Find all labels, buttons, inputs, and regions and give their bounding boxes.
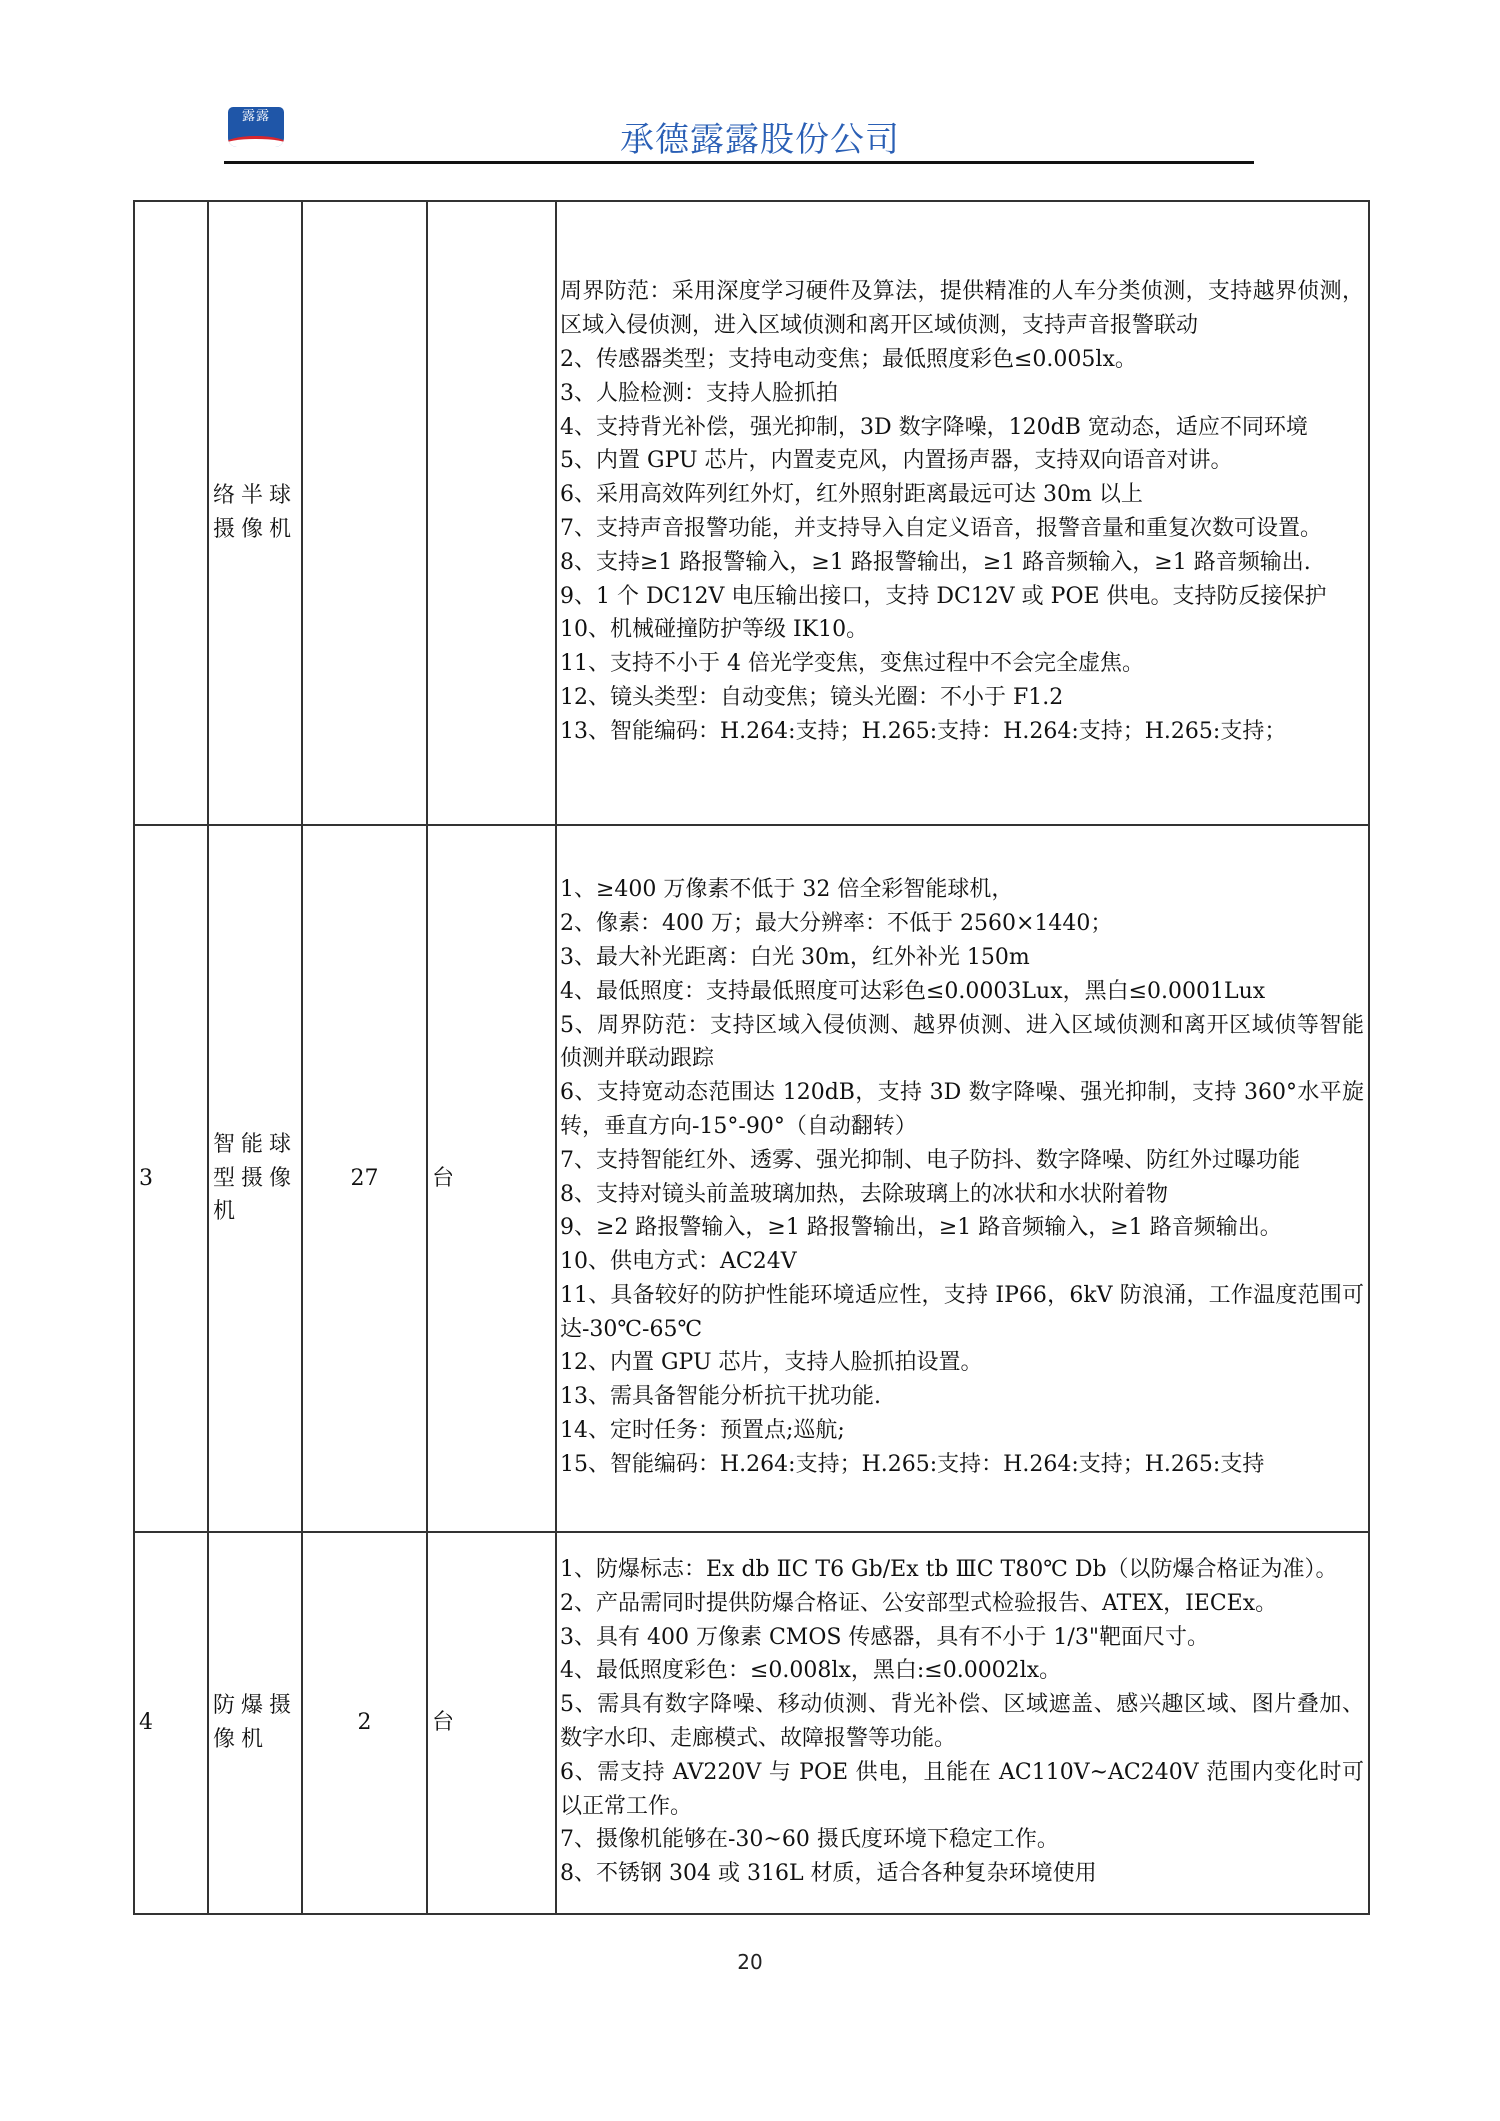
desc-line: 8、支持对镜头前盖玻璃加热，去除玻璃上的冰状和水状附着物 <box>560 1178 1364 1212</box>
desc-line: 1、≥400 万像素不低于 32 倍全彩智能球机， <box>560 873 1364 907</box>
desc-line: 14、定时任务：预置点;巡航; <box>560 1414 1364 1448</box>
desc-line: 7、摄像机能够在-30~60 摄氏度环境下稳定工作。 <box>560 1823 1364 1857</box>
desc-line: 11、具备较好的防护性能环境适应性，支持 IP66，6kV 防浪涌，工作温度范围… <box>560 1279 1364 1347</box>
desc-line: 11、支持不小于 4 倍光学变焦，变焦过程中不会完全虚焦。 <box>560 647 1364 681</box>
desc-line: 7、支持智能红外、透雾、强光抑制、电子防抖、数字降噪、防红外过曝功能 <box>560 1144 1364 1178</box>
desc-line: 9、≥2 路报警输入，≥1 路报警输出，≥1 路音频输入，≥1 路音频输出。 <box>560 1211 1364 1245</box>
company-title: 承德露露股份公司 <box>0 112 1500 161</box>
desc-line: 3、人脸检测：支持人脸抓拍 <box>560 377 1364 411</box>
desc-line: 5、内置 GPU 芯片，内置麦克风，内置扬声器，支持双向语音对讲。 <box>560 444 1364 478</box>
cell-unit <box>427 201 556 825</box>
desc-line: 8、支持≥1 路报警输入，≥1 路报警输出，≥1 路音频输入，≥1 路音频输出. <box>560 546 1364 580</box>
desc-line: 10、供电方式：AC24V <box>560 1245 1364 1279</box>
cell-unit: 台 <box>427 1532 556 1914</box>
desc-line: 13、需具备智能分析抗干扰功能. <box>560 1380 1364 1414</box>
desc-line: 1、防爆标志：Ex db ⅡC T6 Gb/Ex tb ⅢC T80℃ Db（以… <box>560 1553 1364 1587</box>
header-divider <box>224 161 1254 164</box>
cell-desc: 1、防爆标志：Ex db ⅡC T6 Gb/Ex tb ⅢC T80℃ Db（以… <box>556 1532 1369 1914</box>
desc-line: 6、支持宽动态范围达 120dB，支持 3D 数字降噪、强光抑制，支持 360°… <box>560 1076 1364 1144</box>
desc-line: 周界防范：采用深度学习硬件及算法，提供精准的人车分类侦测，支持越界侦测，区域入侵… <box>560 275 1364 343</box>
cell-name: 防爆摄像机 <box>208 1532 302 1914</box>
table-row: 3 智能球型摄像机 27 台 1、≥400 万像素不低于 32 倍全彩智能球机，… <box>134 825 1369 1532</box>
desc-line: 2、像素：400 万；最大分辨率：不低于 2560×1440； <box>560 907 1364 941</box>
desc-line: 6、需支持 AV220V 与 POE 供电，且能在 AC110V~AC240V … <box>560 1756 1364 1824</box>
desc-line: 5、周界防范：支持区域入侵侦测、越界侦测、进入区域侦测和离开区域侦等智能侦测并联… <box>560 1009 1364 1077</box>
desc-line: 4、支持背光补偿，强光抑制，3D 数字降噪，120dB 宽动态，适应不同环境 <box>560 411 1364 445</box>
cell-desc: 周界防范：采用深度学习硬件及算法，提供精准的人车分类侦测，支持越界侦测，区域入侵… <box>556 201 1369 825</box>
cell-unit: 台 <box>427 825 556 1532</box>
desc-line: 9、1 个 DC12V 电压输出接口，支持 DC12V 或 POE 供电。支持防… <box>560 580 1364 614</box>
cell-name: 络半球摄像机 <box>208 201 302 825</box>
cell-qty: 2 <box>302 1532 427 1914</box>
table-row: 4 防爆摄像机 2 台 1、防爆标志：Ex db ⅡC T6 Gb/Ex tb … <box>134 1532 1369 1914</box>
desc-line: 12、内置 GPU 芯片，支持人脸抓拍设置。 <box>560 1346 1364 1380</box>
desc-line: 12、镜头类型：自动变焦；镜头光圈：不小于 F1.2 <box>560 681 1364 715</box>
desc-line: 8、不锈钢 304 或 316L 材质，适合各种复杂环境使用 <box>560 1857 1364 1891</box>
cell-no: 4 <box>134 1532 208 1914</box>
desc-line: 15、智能编码：H.264:支持；H.265:支持：H.264:支持；H.265… <box>560 1448 1364 1482</box>
cell-qty <box>302 201 427 825</box>
cell-no: 3 <box>134 825 208 1532</box>
desc-line: 3、最大补光距离：白光 30m，红外补光 150m <box>560 941 1364 975</box>
cell-desc: 1、≥400 万像素不低于 32 倍全彩智能球机， 2、像素：400 万；最大分… <box>556 825 1369 1532</box>
desc-line: 2、传感器类型；支持电动变焦；最低照度彩色≤0.005lx。 <box>560 343 1364 377</box>
desc-line: 3、具有 400 万像素 CMOS 传感器，具有不小于 1/3"靶面尺寸。 <box>560 1621 1364 1655</box>
desc-line: 4、最低照度：支持最低照度可达彩色≤0.0003Lux，黑白≤0.0001Lux <box>560 975 1364 1009</box>
desc-line: 2、产品需同时提供防爆合格证、公安部型式检验报告、ATEX，IECEx。 <box>560 1587 1364 1621</box>
desc-line: 6、采用高效阵列红外灯，红外照射距离最远可达 30m 以上 <box>560 478 1364 512</box>
page-number: 20 <box>0 1950 1500 1974</box>
desc-line: 13、智能编码：H.264:支持；H.265:支持：H.264:支持；H.265… <box>560 715 1364 749</box>
cell-qty: 27 <box>302 825 427 1532</box>
cell-name: 智能球型摄像机 <box>208 825 302 1532</box>
desc-line: 4、最低照度彩色：≤0.008lx，黑白:≤0.0002lx。 <box>560 1654 1364 1688</box>
desc-line: 7、支持声音报警功能，并支持导入自定义语音，报警音量和重复次数可设置。 <box>560 512 1364 546</box>
cell-no <box>134 201 208 825</box>
spec-table: 络半球摄像机 周界防范：采用深度学习硬件及算法，提供精准的人车分类侦测，支持越界… <box>133 200 1370 1915</box>
table-row: 络半球摄像机 周界防范：采用深度学习硬件及算法，提供精准的人车分类侦测，支持越界… <box>134 201 1369 825</box>
desc-line: 10、机械碰撞防护等级 IK10。 <box>560 613 1364 647</box>
desc-line: 5、需具有数字降噪、移动侦测、背光补偿、区域遮盖、感兴趣区域、图片叠加、数字水印… <box>560 1688 1364 1756</box>
